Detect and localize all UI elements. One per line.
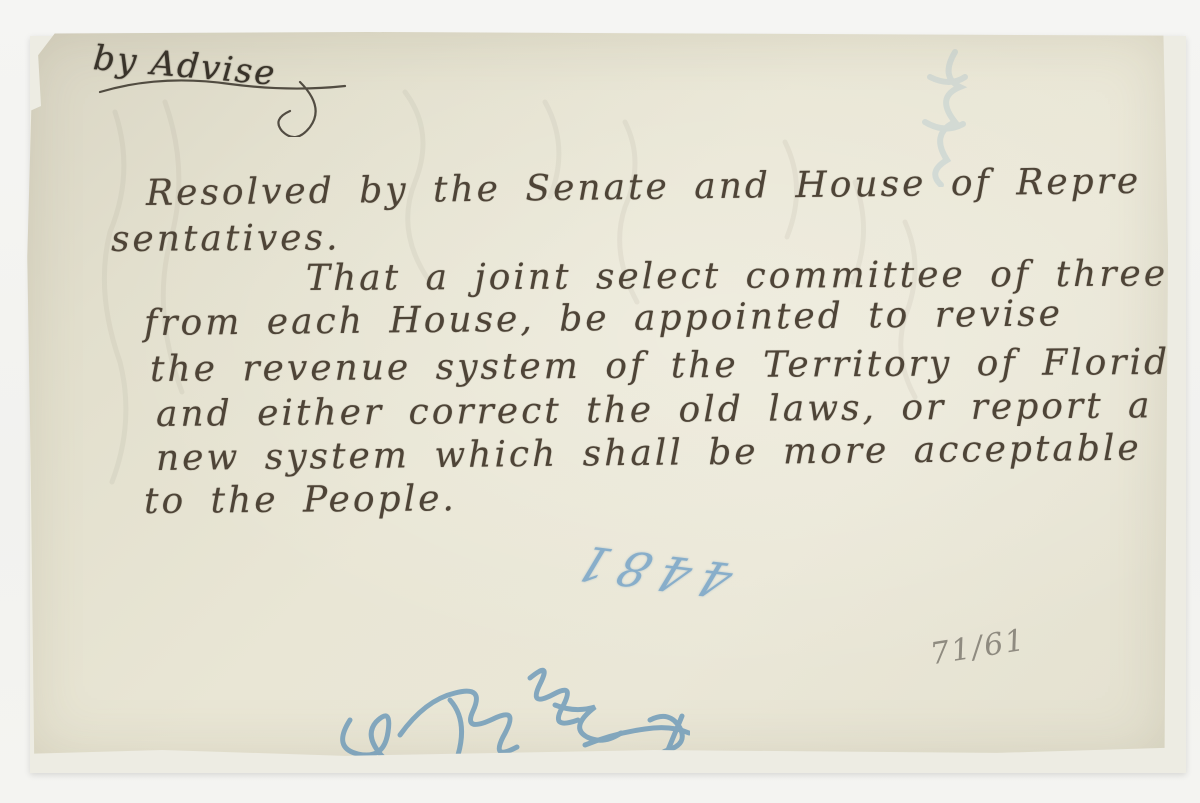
- pencil-page-number: 71/61: [928, 623, 1029, 673]
- handwriting-line: Resolved by the Senate and House of Repr…: [146, 161, 1142, 214]
- blue-archive-number: 4481: [516, 528, 785, 612]
- handwriting-line: and either correct the old laws, or repo…: [156, 385, 1153, 435]
- handwriting-line: new system which shall be more acceptabl…: [156, 428, 1142, 479]
- manuscript-paper: by Advise Resolved by the Senate and Hou…: [25, 32, 1168, 758]
- handwriting-line: from each House, be appointed to revise: [144, 293, 1063, 344]
- handwriting-line: the revenue system of the Territory of F…: [150, 342, 1195, 390]
- handwriting-line: That a joint select committee of three,: [306, 253, 1183, 299]
- docket-inscription: by Advise: [92, 38, 279, 94]
- document-scan: by Advise Resolved by the Senate and Hou…: [0, 0, 1200, 803]
- handwriting-line: to the People.: [144, 478, 457, 522]
- handwriting-line: sentatives.: [111, 217, 341, 260]
